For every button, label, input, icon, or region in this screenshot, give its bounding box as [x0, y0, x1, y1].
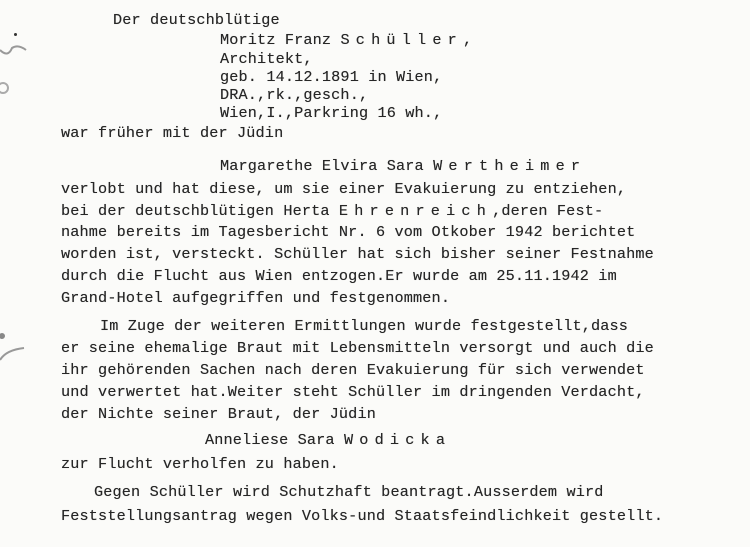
- doc-line: zur Flucht verholfen zu haben.: [61, 455, 339, 473]
- doc-line-paragraph-start: Gegen Schüller wird Schutzhaft beantragt…: [94, 483, 604, 501]
- fiancee-surname: Wertheimer: [433, 157, 586, 175]
- doc-line: und verwertet hat.Weiter steht Schüller …: [61, 383, 645, 401]
- doc-line-occupation: Architekt,: [220, 50, 313, 68]
- subject-surname: Schüller,: [340, 31, 478, 49]
- doc-line-opening: Der deutschblütige: [113, 11, 280, 29]
- margin-staple-mark-icon: [0, 40, 30, 100]
- niece-given-names: Anneliese Sara: [205, 431, 344, 449]
- doc-line: verlobt und hat diese, um sie einer Evak…: [61, 180, 626, 198]
- doc-line-birth: geb. 14.12.1891 in Wien,: [220, 68, 442, 86]
- doc-text: ,deren Fest-: [492, 202, 603, 220]
- doc-line-niece-name: Anneliese Sara Wodicka: [205, 431, 451, 449]
- margin-staple-mark-icon: [0, 330, 30, 370]
- doc-line: er seine ehemalige Braut mit Lebensmitte…: [61, 339, 654, 357]
- doc-line: worden ist, versteckt. Schüller hat sich…: [61, 245, 654, 263]
- ink-speck: [14, 33, 17, 36]
- doc-line: der Nichte seiner Braut, der Jüdin: [61, 405, 376, 423]
- doc-text: bei der deutschblütigen Herta: [61, 202, 339, 220]
- doc-line: nahme bereits im Tagesbericht Nr. 6 vom …: [61, 223, 635, 241]
- fiancee-given-names: Margarethe Elvira Sara: [220, 157, 433, 175]
- doc-line-status: DRA.,rk.,gesch.,: [220, 86, 368, 104]
- doc-line: Grand-Hotel aufgegriffen und festgenomme…: [61, 289, 450, 307]
- typewritten-document-page: Der deutschblütige Moritz Franz Schüller…: [0, 0, 750, 547]
- doc-line-closing: Feststellungsantrag wegen Volks-und Staa…: [61, 507, 663, 525]
- doc-line-subject-name: Moritz Franz Schüller,: [220, 31, 478, 49]
- doc-line-paragraph-start: Im Zuge der weiteren Ermittlungen wurde …: [100, 317, 628, 335]
- doc-line-fiancee-name: Margarethe Elvira Sara Wertheimer: [220, 157, 586, 175]
- doc-line-address: Wien,I.,Parkring 16 wh.,: [220, 104, 442, 122]
- doc-line: war früher mit der Jüdin: [61, 124, 283, 142]
- niece-surname: Wodicka: [344, 431, 451, 449]
- doc-line: bei der deutschblütigen Herta Ehrenreich…: [61, 202, 603, 220]
- helper-surname: Ehrenreich: [339, 202, 492, 220]
- doc-line: ihr gehörenden Sachen nach deren Evakuie…: [61, 361, 645, 379]
- subject-given-names: Moritz Franz: [220, 31, 340, 49]
- doc-line: durch die Flucht aus Wien entzogen.Er wu…: [61, 267, 617, 285]
